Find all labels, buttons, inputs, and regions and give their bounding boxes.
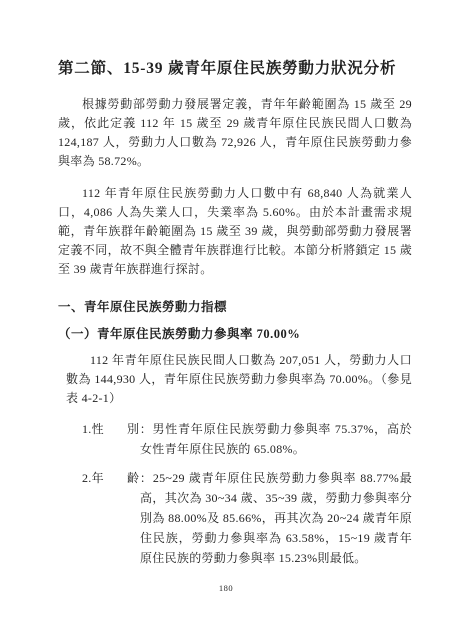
list-item-number: 1.性 [82, 419, 127, 459]
list-item-text: 男性青年原住民族勞動力參與率 75.37%，高於女性青年原住民族的 65.08%… [140, 422, 412, 456]
list-item-body: 齡：25~29 歲青年原住民族勞動力參與率 88.77%最高，其次為 30~34… [127, 468, 412, 568]
document-content: 第二節、15-39 歲青年原住民族勞動力狀況分析 根據勞動部勞動力發展署定義，青… [58, 56, 412, 577]
page-title: 第二節、15-39 歲青年原住民族勞動力狀況分析 [58, 56, 412, 78]
paragraph-2: 112 年青年原住民族勞動力人口數中有 68,840 人為就業人口，4,086 … [58, 184, 412, 279]
subsection-heading: （一）青年原住民族勞動力參與率 70.00% [58, 324, 412, 342]
list-item-age: 2.年 齡：25~29 歲青年原住民族勞動力參與率 88.77%最高，其次為 3… [82, 468, 412, 568]
list-item-number: 2.年 [82, 468, 127, 568]
section-heading: 一、青年原住民族勞動力指標 [58, 297, 412, 315]
list-item-label: 齡： [127, 471, 153, 485]
list-item-text: 25~29 歲青年原住民族勞動力參與率 88.77%最高，其次為 30~34 歲… [140, 471, 412, 565]
paragraph-1: 根據勞動部勞動力發展署定義，青年年齡範圍為 15 歲至 29 歲，依此定義 11… [58, 95, 412, 171]
list-item-gender: 1.性 別：男性青年原住民族勞動力參與率 75.37%，高於女性青年原住民族的 … [82, 419, 412, 459]
page-number: 180 [0, 583, 452, 593]
list-item-body: 別：男性青年原住民族勞動力參與率 75.37%，高於女性青年原住民族的 65.0… [127, 419, 412, 459]
document-page: 第二節、15-39 歲青年原住民族勞動力狀況分析 根據勞動部勞動力發展署定義，青… [0, 0, 452, 640]
list-item-label: 別： [127, 422, 153, 436]
subsection-paragraph: 112 年青年原住民族民間人口數為 207,051 人，勞動力人口數為 144,… [66, 351, 412, 408]
